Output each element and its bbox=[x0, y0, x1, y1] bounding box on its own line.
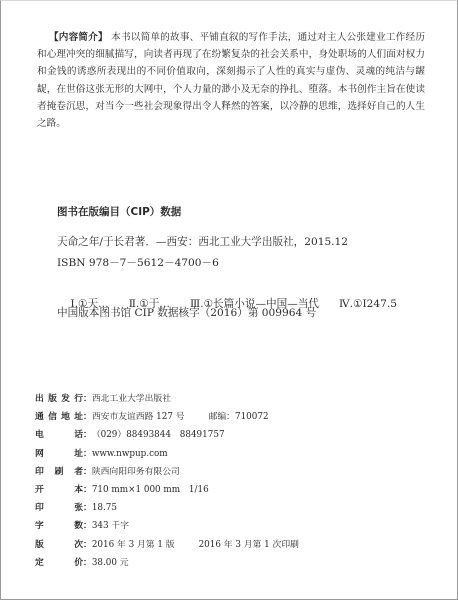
colophon-edition: 版次：2016 年 3 月第 1 版2016 年 3 月第 1 次印刷 bbox=[35, 536, 299, 554]
cip-bibliographic-line: 天命之年/于长君著．—西安：西北工业大学出版社，2015.12 bbox=[57, 234, 348, 249]
printing: 2016 年 3 月第 1 次印刷 bbox=[199, 536, 299, 554]
colophon-value: 38.00 元 bbox=[92, 554, 129, 572]
colophon-key: 开本 bbox=[35, 481, 83, 499]
cip-title: 图书在版编目（CIP）数据 bbox=[57, 204, 181, 219]
colophon-value: 西北工业大学出版社 bbox=[92, 390, 171, 408]
colophon-publisher: 出版发行：西北工业大学出版社 bbox=[35, 390, 299, 408]
summary-text: 本书以简单的故事、平铺直叙的写作手法，通过对主人公张建业工作经历和心理冲突的细腻… bbox=[37, 32, 425, 129]
cip-isbn: ISBN 978－7－5612－4700－6 bbox=[57, 255, 219, 270]
colophon-value: （029）88493844 88491757 bbox=[92, 426, 225, 444]
colophon-address: 通信地址：西安市友谊西路 127 号邮编：710072 bbox=[35, 408, 299, 426]
colophon-value: 18.75 bbox=[92, 499, 117, 517]
colophon-phone: 电话：（029）88493844 88491757 bbox=[35, 426, 299, 444]
colophon-sheets: 印张：18.75 bbox=[35, 499, 299, 517]
postcode: 邮编：710072 bbox=[209, 408, 269, 426]
colophon-key: 网址 bbox=[35, 445, 83, 463]
colophon-key: 出版发行 bbox=[35, 390, 83, 408]
copyright-page: 【内容简介】 本书以简单的故事、平铺直叙的写作手法，通过对主人公张建业工作经历和… bbox=[0, 0, 458, 600]
summary-tag: 【内容简介】 bbox=[49, 32, 108, 43]
content-summary: 【内容简介】 本书以简单的故事、平铺直叙的写作手法，通过对主人公张建业工作经历和… bbox=[37, 29, 425, 132]
colophon-value: 343 千字 bbox=[92, 517, 129, 535]
colophon-value: 710 mm×1 000 mm 1/16 bbox=[92, 481, 209, 499]
colophon-key: 印刷者 bbox=[35, 463, 83, 481]
colophon-key: 版次 bbox=[35, 536, 83, 554]
colophon-key: 印张 bbox=[35, 499, 83, 517]
colophon-value: 2016 年 3 月第 1 版 bbox=[92, 536, 175, 554]
colophon: 出版发行：西北工业大学出版社 通信地址：西安市友谊西路 127 号邮编：7100… bbox=[35, 390, 299, 572]
colophon-value: 陕西向阳印务有限公司 bbox=[92, 463, 180, 481]
cip-record-number: 中国版本图书馆 CIP 数据核字（2016）第 009964 号 bbox=[57, 305, 316, 320]
colophon-printer: 印刷者：陕西向阳印务有限公司 bbox=[35, 463, 299, 481]
colophon-key: 通信地址 bbox=[35, 408, 83, 426]
classification-4: Ⅳ.①I247.5 bbox=[339, 298, 397, 310]
colophon-format: 开本：710 mm×1 000 mm 1/16 bbox=[35, 481, 299, 499]
colophon-value: www.nwpup.com bbox=[92, 445, 168, 463]
colophon-value: 西安市友谊西路 127 号 bbox=[92, 408, 185, 426]
colophon-word-count: 字数：343 千字 bbox=[35, 517, 299, 535]
colophon-key: 电话 bbox=[35, 426, 83, 444]
colophon-key: 定价 bbox=[35, 554, 83, 572]
colophon-key: 字数 bbox=[35, 517, 83, 535]
colophon-website: 网址：www.nwpup.com bbox=[35, 445, 299, 463]
colophon-price: 定价：38.00 元 bbox=[35, 554, 299, 572]
